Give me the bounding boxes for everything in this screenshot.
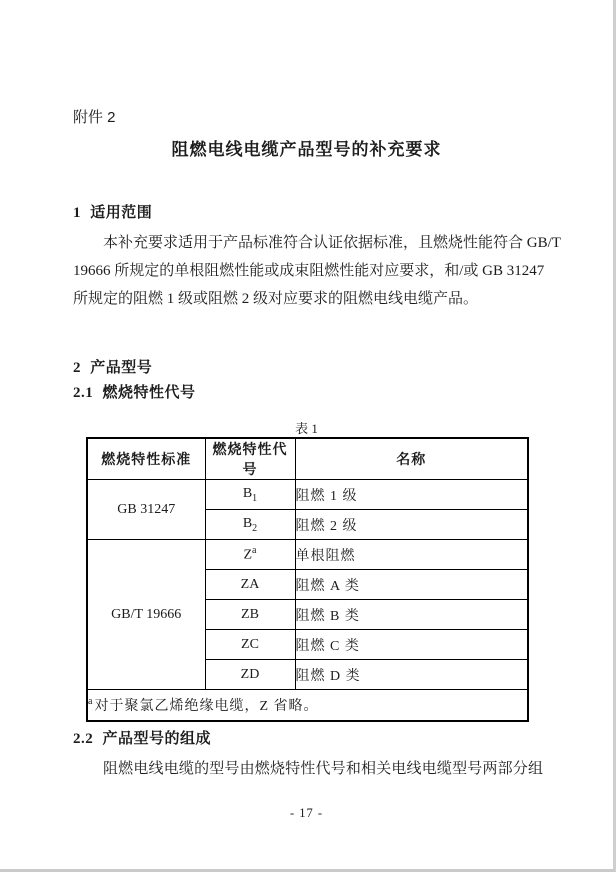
section-2-2-paragraph: 阻燃电线电缆的型号由燃烧特性代号和相关电线电缆型号两部分组 bbox=[73, 755, 543, 783]
paragraph-line: 本补充要求适用于产品标准符合认证依据标准，且燃烧性能符合 GB/T bbox=[73, 229, 543, 257]
section-2-2-heading: 2.2 产品型号的组成 bbox=[73, 727, 211, 748]
footnote-text: 对于聚氯乙烯绝缘电缆，Z 省略。 bbox=[94, 699, 318, 714]
table-footnote: a对于聚氯乙烯绝缘电缆，Z 省略。 bbox=[87, 690, 528, 722]
code-base: Z bbox=[243, 548, 252, 563]
document-page: 附件 2 阻燃电线电缆产品型号的补充要求 1 适用范围 本补充要求适用于产品标准… bbox=[0, 0, 616, 872]
table-cell-code: ZC bbox=[205, 630, 295, 660]
section-2-1-heading: 2.1 燃烧特性代号 bbox=[73, 381, 196, 402]
section-1-heading: 1 适用范围 bbox=[73, 201, 152, 222]
table-cell-code: B1 bbox=[205, 480, 295, 510]
code-subscript: 1 bbox=[252, 492, 257, 503]
header-cell-name: 名称 bbox=[295, 438, 528, 480]
code-base: ZC bbox=[241, 637, 259, 652]
code-base: B bbox=[243, 516, 252, 531]
table-cell-name: 阻燃 1 级 bbox=[295, 480, 528, 510]
paragraph-line: 所规定的阻燃 1 级或阻燃 2 级对应要求的阻燃电线电缆产品。 bbox=[73, 285, 543, 313]
table-cell-name: 阻燃 B 类 bbox=[295, 600, 528, 630]
document-title: 阻燃电线电缆产品型号的补充要求 bbox=[0, 135, 613, 160]
table-row: GB/T 19666 Za 单根阻燃 bbox=[87, 540, 528, 570]
section-1-paragraph: 本补充要求适用于产品标准符合认证依据标准，且燃烧性能符合 GB/T 19666 … bbox=[73, 229, 543, 313]
code-subscript: 2 bbox=[252, 522, 257, 533]
attachment-label: 附件 2 bbox=[73, 108, 116, 128]
table-cell-name: 阻燃 D 类 bbox=[295, 660, 528, 690]
code-base: ZD bbox=[241, 667, 260, 682]
header-cell-standard: 燃烧特性标准 bbox=[87, 438, 205, 480]
footnote-superscript: a bbox=[88, 696, 93, 707]
section-2-heading: 2 产品型号 bbox=[73, 356, 152, 377]
table-cell-standard: GB/T 19666 bbox=[87, 540, 205, 690]
table-cell-code: Za bbox=[205, 540, 295, 570]
table-cell-name: 阻燃 A 类 bbox=[295, 570, 528, 600]
table-cell-name: 阻燃 C 类 bbox=[295, 630, 528, 660]
flame-retardant-code-table: 燃烧特性标准 燃烧特性代号 名称 GB 31247 B1 阻燃 1 级 B2 阻… bbox=[86, 437, 529, 722]
page-number: - 17 - bbox=[0, 806, 613, 821]
table-cell-name: 单根阻燃 bbox=[295, 540, 528, 570]
table-cell-code: ZD bbox=[205, 660, 295, 690]
table-cell-code: B2 bbox=[205, 510, 295, 540]
code-base: ZB bbox=[241, 607, 259, 622]
header-cell-code: 燃烧特性代号 bbox=[205, 438, 295, 480]
table-cell-name: 阻燃 2 级 bbox=[295, 510, 528, 540]
table-footnote-row: a对于聚氯乙烯绝缘电缆，Z 省略。 bbox=[87, 690, 528, 722]
table-cell-code: ZA bbox=[205, 570, 295, 600]
code-base: B bbox=[243, 486, 252, 501]
table-header-row: 燃烧特性标准 燃烧特性代号 名称 bbox=[87, 438, 528, 480]
table-row: GB 31247 B1 阻燃 1 级 bbox=[87, 480, 528, 510]
table-cell-standard: GB 31247 bbox=[87, 480, 205, 540]
code-base: ZA bbox=[241, 577, 260, 592]
paragraph-line: 19666 所规定的单根阻燃性能或成束阻燃性能对应要求，和/或 GB 31247 bbox=[73, 257, 543, 285]
table-cell-code: ZB bbox=[205, 600, 295, 630]
table-caption: 表 1 bbox=[86, 418, 527, 437]
code-superscript: a bbox=[252, 545, 256, 556]
